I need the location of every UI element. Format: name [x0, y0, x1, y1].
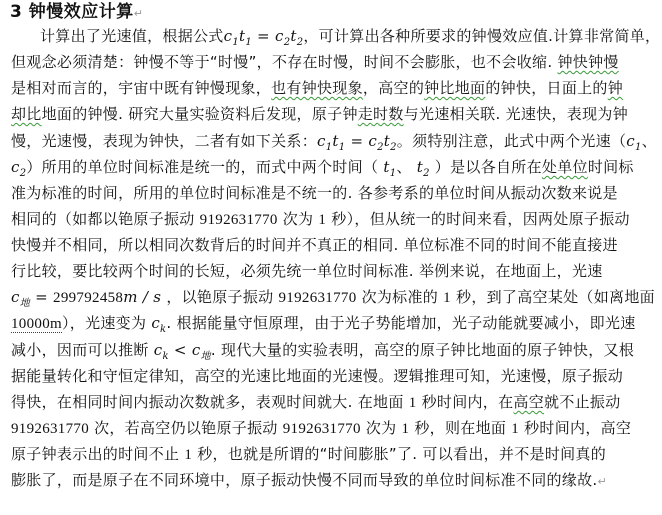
paragraph-mark-icon: ↵ [134, 7, 144, 20]
number-run: 10000m [11, 316, 62, 333]
paragraph-mark-icon: ↵ [597, 475, 607, 488]
text-run: 秒时间内，在 [417, 393, 514, 411]
math-symbol: = [345, 132, 368, 150]
text-line: c地 = 299792458m / s ，以铯原子振动 9192631770 次… [11, 284, 655, 310]
text-line: 原子钟表示出的时间不止 1 秒，也就是所谓的“时间膨胀”了. 可以看出，并不是时… [11, 441, 606, 467]
text-run: 次为标准的 [357, 288, 444, 306]
text-run: ，高空的 [363, 79, 424, 97]
number-run: 299792458 [53, 290, 123, 306]
text-line: 10000m），光速变为 ck. 根据能量守恒原理，由于光子势能增加，光子动能就… [11, 310, 636, 336]
text-line: 9192631770 次，若高空仍以铯原子振动 9192631770 次为 1 … [11, 415, 631, 441]
text-run: ，以铯原子振动 [161, 288, 278, 306]
math-symbol: t2 [290, 27, 303, 45]
text-line: 计算出了光速值，根据公式c1t1 = c2t2，可计算出各种所要求的钟慢效应值.… [40, 23, 660, 49]
text-line: 但观念必须清楚：钟慢不等于“时慢”，不存在时慢，时间不会膨胀，也不会收缩. 钟快… [11, 49, 619, 75]
text-run: 快慢并不相同，所以相同次数背后的时间并不真正的相同. 单位标准不同的时间不能直接… [11, 236, 618, 254]
text-run: 相同的（如都以铯原子振动 [11, 210, 200, 228]
text-run: 。须特别注意，此式中两个光速（ [397, 132, 627, 150]
text-run: 次，若高空仍以铯原子振动 [89, 419, 283, 437]
math-symbol: t2 [384, 132, 397, 150]
text-run: 是相对而言的，宇宙中既有钟慢现象， [11, 79, 271, 97]
text-run: ），光速变为 [62, 314, 151, 332]
grammar-flagged-text: 高空 [513, 393, 544, 411]
text-run: 时间标 [588, 158, 634, 176]
math-symbol: ck [151, 314, 166, 332]
text-run: 地面的钟慢. 研究大量实验资料后发现，原子钟 [42, 105, 358, 123]
text-line: 快慢并不相同，所以相同次数背后的时间并不真正的相同. 单位标准不同的时间不能直接… [11, 232, 618, 258]
math-symbol: = [252, 27, 275, 45]
text-run: 膨胀了，而是原子在不同环境中，原子振动快慢不同而导致的单位时间标准不同的缘故. [11, 471, 597, 489]
math-symbol: c地 [11, 288, 30, 306]
text-run: . 现代大量的实验表明，高空的原子钟比地面的原子钟快，又根 [211, 341, 634, 359]
text-line: 行比较，要比较两个时间的长短，必须先统一单位时间标准. 举例来说，在地面上，光速 [11, 258, 603, 284]
grammar-flagged-text: 钟 [608, 79, 623, 97]
math-symbol: c2 [11, 158, 26, 176]
number-run: 1 [409, 395, 417, 411]
math-symbol: t2 [417, 158, 430, 176]
number-run: 9192631770 [279, 290, 357, 306]
math-symbol: c1 [626, 132, 641, 150]
text-run: 秒，则在地面 [409, 419, 511, 437]
math-symbol: t1 [239, 27, 252, 45]
text-line: 慢，光速慢，表现为钟快，二者有如下关系：c1t1 = c2t2。须特别注意，此式… [11, 128, 657, 154]
text-line: 却比地面的钟慢. 研究大量实验资料后发现，原子钟走时数与光速相关联. 光速快，表… [11, 101, 628, 127]
math-symbol: t1 [383, 158, 396, 176]
text-line: 减小，因而可以推断 ck < c地. 现代大量的实验表明，高空的原子钟比地面的原… [11, 337, 634, 363]
text-run: 计算出了光速值，根据公式 [40, 27, 224, 45]
text-run: 慢，光速慢，表现为钟快，二者有如下关系： [11, 132, 317, 150]
math-symbol: = [30, 288, 53, 306]
text-run: 减小，因而可以推断 [11, 341, 154, 359]
text-run: 秒），但从统一的时间来看，因两处原子振动 [326, 210, 630, 228]
text-run: 与光速相关联. 光速快，表现为钟 [404, 105, 628, 123]
grammar-flagged-text: 也有钟快现象 [271, 79, 363, 97]
text-run: 据能量转化和守恒定律知，高空的光速比地面的光速慢。逻辑推理可知，光速慢，原子振动 [11, 367, 623, 385]
math-symbol: c地 [192, 341, 211, 359]
text-run: 但观念必须清楚：钟慢不等于“时慢”，不存在时慢，时间不会膨胀，也不会收缩. [11, 53, 557, 71]
grammar-flagged-text: 处单位 [542, 158, 588, 176]
grammar-flagged-text: 钟比地面 [424, 79, 485, 97]
section-number: 3 [10, 2, 22, 22]
text-run: 、 [642, 132, 657, 150]
text-line: 膨胀了，而是原子在不同环境中，原子振动快慢不同而导致的单位时间标准不同的缘故.↵ [11, 467, 607, 493]
text-line: 是相对而言的，宇宙中既有钟慢现象，也有钟快现象，高空的钟比地面的钟快，日面上的钟 [11, 75, 623, 101]
grammar-flagged-text: 走时数 [358, 105, 404, 123]
text-line: 得快，在相同时间内振动次数就多，表观时间就大. 在地面 1 秒时间内，在高空就不… [11, 389, 621, 415]
math-symbol: c1 [224, 27, 239, 45]
text-run: 秒，到了高空某处（如离地面 [451, 288, 655, 306]
text-run: . 根据能量守恒原理，由于光子势能增加，光子动能就要减小，即光速 [166, 314, 635, 332]
text-run: 准为标准的时间，所用的单位时间标准是不统一的. 各参考系的单位时间从振动次数来说… [11, 184, 618, 202]
math-symbol: c1 [317, 132, 332, 150]
text-run: ，可计算出各种所要求的钟慢效应值.计算非常简单， [303, 27, 660, 45]
text-run: 次为 [278, 210, 319, 228]
number-run: 9192631770 [11, 421, 89, 437]
math-symbol: c2 [275, 27, 290, 45]
text-run: 秒时间内，高空 [519, 419, 631, 437]
math-symbol: m / s [123, 288, 161, 306]
number-run: 1 [511, 421, 519, 437]
number-run: 9192631770 [283, 421, 361, 437]
text-line: c2）所用的单位时间标准是统一的，而式中两个时间（ t1、 t2 ）是以各自所在… [11, 154, 634, 180]
math-symbol: c2 [368, 132, 383, 150]
number-run: 1 [443, 290, 451, 306]
text-run: 的钟快，日面上的 [485, 79, 607, 97]
section-heading: 3 钟慢效应计算↵ [10, 0, 143, 24]
section-title: 钟慢效应计算 [29, 2, 134, 22]
text-run: 原子钟表示出的时间不止 [11, 445, 184, 463]
text-run: 得快，在相同时间内振动次数就多，表观时间就大. 在地面 [11, 393, 409, 411]
text-line: 准为标准的时间，所用的单位时间标准是不统一的. 各参考系的单位时间从振动次数来说… [11, 180, 618, 206]
text-run: 就不止振动 [544, 393, 621, 411]
number-run: 9192631770 [200, 212, 278, 228]
text-run: 次为 [361, 419, 402, 437]
grammar-flagged-text: 钟快钟慢 [557, 53, 618, 71]
math-symbol: t1 [332, 132, 345, 150]
grammar-flagged-text: 却比 [11, 105, 42, 123]
text-run: 秒，也就是所谓的“时间膨胀”了. 可以看出，并不是时间真的 [192, 445, 606, 463]
text-run: 行比较，要比较两个时间的长短，必须先统一单位时间标准. 举例来说，在地面上，光速 [11, 262, 603, 280]
text-run: ）所用的单位时间标准是统一的，而式中两个时间（ [26, 158, 383, 176]
text-run: 、 [396, 158, 416, 176]
text-run: ）是以各自所在 [430, 158, 542, 176]
math-symbol: ck [154, 341, 169, 359]
text-line: 相同的（如都以铯原子振动 9192631770 次为 1 秒），但从统一的时间来… [11, 206, 630, 232]
math-symbol: < [169, 341, 192, 359]
text-line: 据能量转化和守恒定律知，高空的光速比地面的光速慢。逻辑推理可知，光速慢，原子振动 [11, 363, 623, 389]
